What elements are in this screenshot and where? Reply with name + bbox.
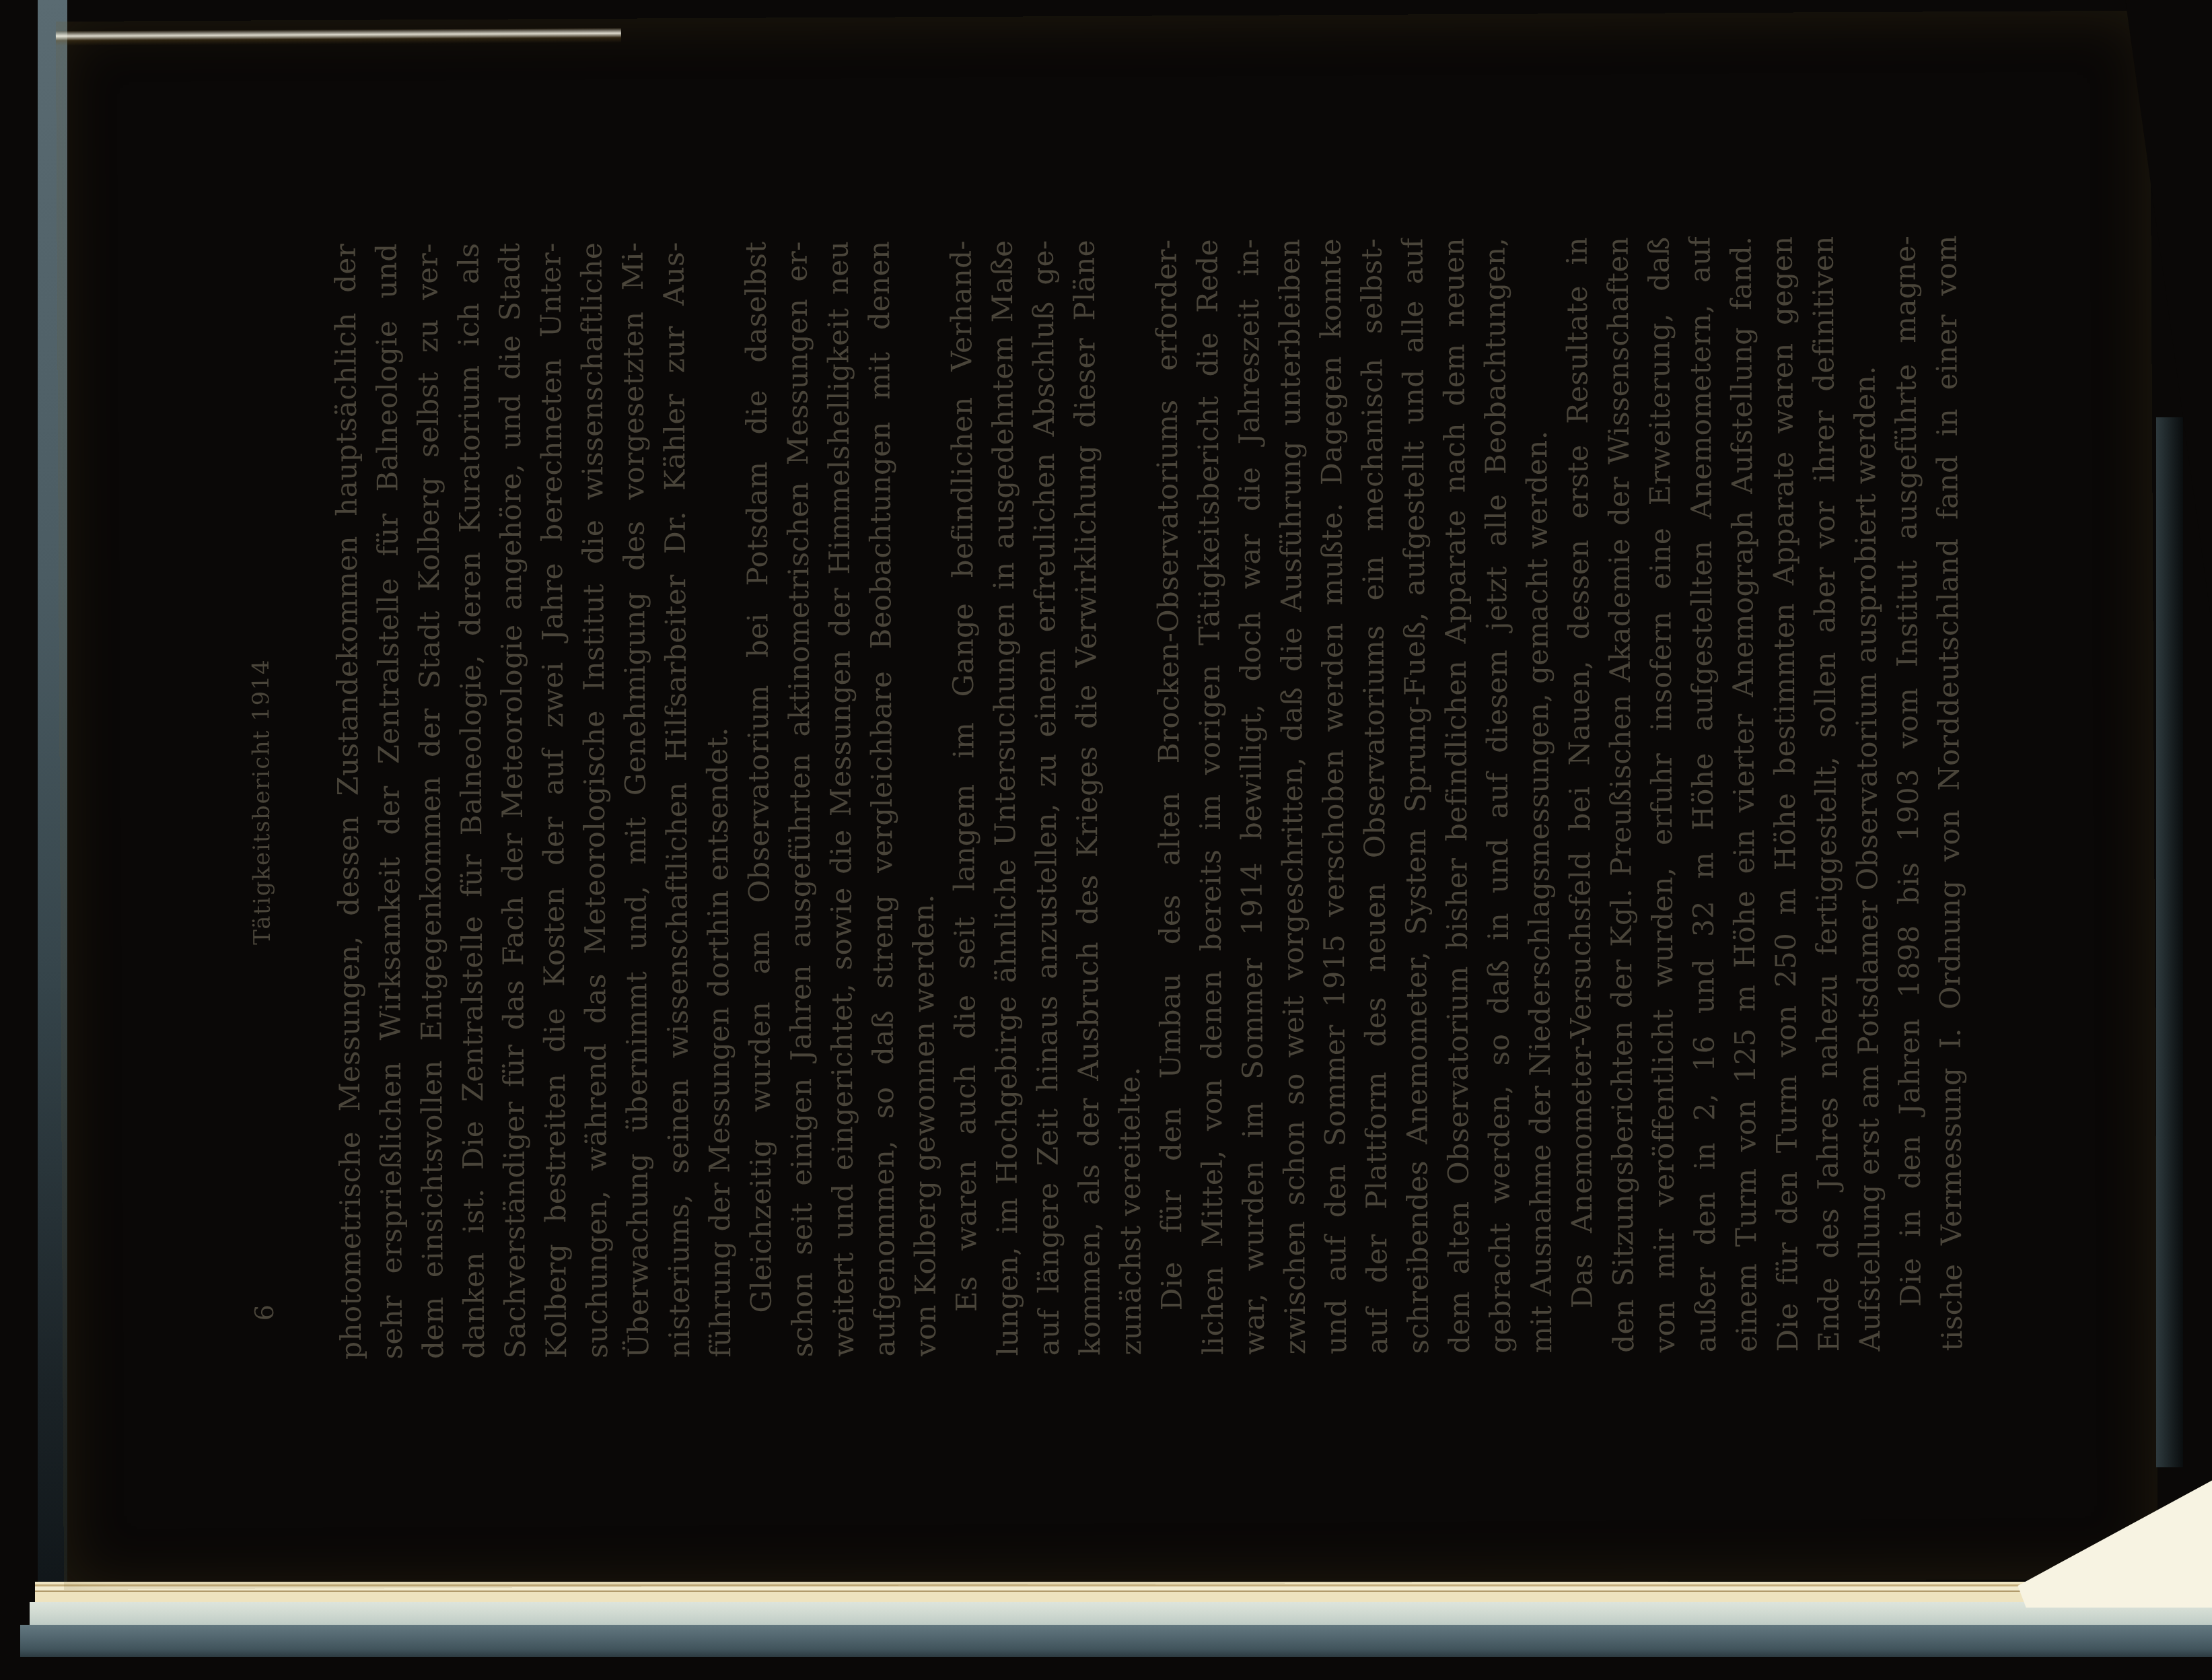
text-line: schon seit einigen Jahren ausgeführten a… <box>777 241 824 1357</box>
text-line: Die in den Jahren 1898 bis 1903 vom Inst… <box>1885 235 1932 1351</box>
text-line: und auf den Sommer 1915 verschoben werde… <box>1310 238 1357 1354</box>
text-line: schreibendes Anemometer, System Sprung-F… <box>1392 238 1439 1354</box>
text-line: den Sitzungsberichten der Kgl. Preußisch… <box>1598 237 1645 1353</box>
text-line: mit Ausnahme der Niederschlagsmessungen,… <box>1515 237 1563 1353</box>
running-head: 6 Tätigkeitsbericht 1914 <box>244 244 285 1360</box>
text-line: Die für den Umbau des alten Brocken-Obse… <box>1146 239 1193 1355</box>
text-line: Sachverständiger für das Fach der Meteor… <box>489 242 536 1358</box>
text-line: danken ist. Die Zentralstelle für Balneo… <box>448 243 495 1359</box>
text-line: Es waren auch die seit langem im Gange b… <box>941 240 988 1356</box>
scanned-page: 6 Tätigkeitsbericht 1914 photometrische … <box>56 11 2158 1590</box>
text-line: suchungen, während das Meteorologische I… <box>571 242 618 1358</box>
page-fold-crease <box>56 28 621 46</box>
text-line: lichen Mittel, von denen bereits im vori… <box>1187 239 1234 1355</box>
text-block: photometrische Messungen, dessen Zustand… <box>325 235 1987 1360</box>
endpaper-band <box>30 1602 2212 1625</box>
text-line: Das Anemometer-Versuchsfeld bei Nauen, d… <box>1557 237 1604 1353</box>
text-line: Die für den Turm von 250 m Höhe bestimmt… <box>1762 236 1809 1352</box>
text-line: außer den in 2, 16 und 32 m Höhe aufgest… <box>1680 236 1727 1352</box>
text-line: führung der Messungen dorthin entsendet. <box>694 242 742 1358</box>
right-edge-cover-sliver <box>2156 417 2183 1467</box>
text-line: zunächst vereitelte. <box>1105 240 1152 1356</box>
text-line: auf der Plattform des neuen Observatoriu… <box>1351 238 1398 1354</box>
text-line: dem alten Observatorium bisher befindlic… <box>1433 238 1480 1354</box>
text-line: aufgenommen, so daß streng vergleichbare… <box>859 240 906 1356</box>
text-line: Gleichzeitig wurden am Observatorium bei… <box>736 241 783 1357</box>
text-line: von Kolberg gewonnen werden. <box>900 240 947 1356</box>
text-line: war, wurden im Sommer 1914 bewilligt, do… <box>1228 239 1275 1355</box>
book-cover-bottom-edge <box>20 1625 2212 1657</box>
text-line: Überwachung übernimmt und, mit Genehmigu… <box>612 242 659 1358</box>
text-line: sehr ersprießlichen Wirksamkeit der Zent… <box>366 243 413 1359</box>
text-line: von mir veröffentlicht wurden, erfuhr in… <box>1639 236 1686 1352</box>
text-line: Aufstellung erst am Potsdamer Observator… <box>1844 236 1891 1352</box>
text-line: gebracht werden, so daß in und auf diese… <box>1474 238 1522 1354</box>
text-line: lungen, im Hochgebirge ähnliche Untersuc… <box>982 240 1029 1356</box>
text-line: tische Vermessung I. Ordnung von Norddeu… <box>1926 235 1973 1351</box>
text-line: kommen, als der Ausbruch des Krieges die… <box>1064 240 1111 1356</box>
text-line: nisteriums, seinen wissenschaftlichen Hi… <box>653 242 701 1358</box>
text-line: photometrische Messungen, dessen Zustand… <box>325 244 372 1360</box>
text-line: weitert und eingerichtet, sowie die Mess… <box>818 241 865 1357</box>
text-line: zwischen schon so weit vorgeschritten, d… <box>1269 238 1316 1354</box>
text-line: dem einsichtsvollen Entgegenkommen der S… <box>407 243 454 1359</box>
text-line: Kolberg bestreiten die Kosten der auf zw… <box>530 242 577 1358</box>
text-line: auf längere Zeit hinaus anzustellen, zu … <box>1023 240 1070 1356</box>
running-head-title: Tätigkeitsbericht 1914 <box>246 244 279 1360</box>
text-line: Ende des Jahres nahezu fertiggestellt, s… <box>1803 236 1850 1352</box>
text-line: einem Turm von 125 m Höhe ein vierter An… <box>1721 236 1768 1352</box>
scanned-book-photo: 6 Tätigkeitsbericht 1914 photometrische … <box>0 0 2212 1680</box>
